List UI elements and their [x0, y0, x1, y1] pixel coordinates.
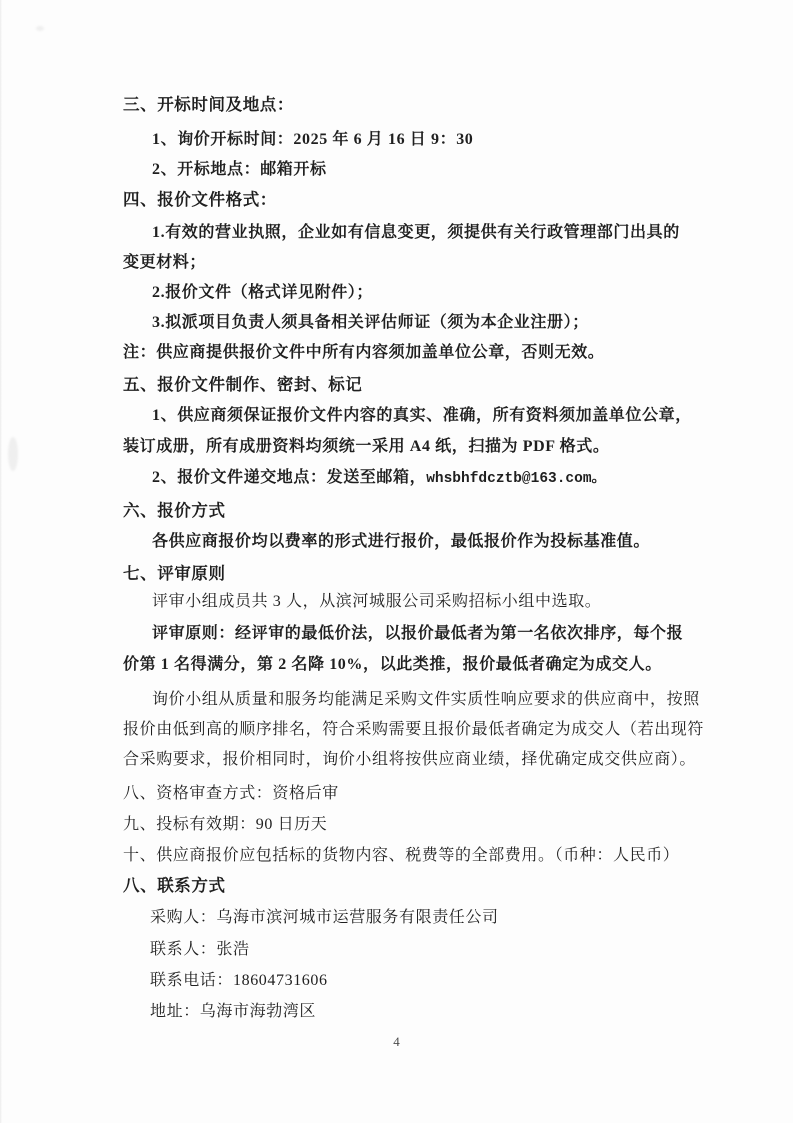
doc-line: 评审小组成员共 3 人，从滨河城服公司采购招标小组中选取。 — [152, 592, 601, 612]
contact-line: 联系人：张浩 — [150, 940, 250, 960]
section-heading: 三、开标时间及地点： — [123, 95, 294, 115]
contact-line: 地址：乌海市海勃湾区 — [150, 1002, 316, 1022]
doc-line: 2.报价文件（格式详见附件）； — [152, 283, 373, 303]
doc-line: 1、询价开标时间：2025 年 6 月 16 日 9：30 — [152, 130, 473, 150]
contact-line: 联系电话：18604731606 — [150, 971, 328, 991]
page-number: 4 — [0, 1034, 793, 1050]
section-heading: 五、报价文件制作、密封、标记 — [123, 375, 362, 395]
doc-line: 价第 1 名得满分，第 2 名降 10%，以此类推，报价最低者确定为成交人。 — [123, 655, 662, 675]
doc-line: 3.拟派项目负责人须具备相关评估师证（须为本企业注册）； — [152, 313, 589, 333]
scan-smudge — [36, 26, 44, 31]
doc-line-text: 2、报价文件递交地点：发送至邮箱， — [152, 469, 426, 486]
section-heading: 七、评审原则 — [123, 564, 226, 584]
section-heading: 四、报价文件格式： — [123, 190, 277, 210]
doc-line: 各供应商报价均以费率的形式进行报价，最低报价作为投标基准值。 — [152, 532, 650, 552]
scan-edge-shadow — [0, 0, 2, 1123]
section-heading: 九、投标有效期：90 日历天 — [123, 815, 327, 835]
section-heading: 八、联系方式 — [123, 876, 226, 896]
contact-line: 采购人：乌海市滨河城市运营服务有限责任公司 — [150, 908, 499, 928]
section-heading: 八、资格审查方式：资格后审 — [123, 784, 339, 804]
scan-smudge — [8, 437, 18, 471]
document-page: 三、开标时间及地点： 1、询价开标时间：2025 年 6 月 16 日 9：30… — [0, 0, 793, 1123]
doc-line: 评审原则：经评审的最低价法，以报价最低者为第一名依次排序，每个报 — [152, 624, 683, 644]
doc-line: 1.有效的营业执照，企业如有信息变更，须提供有关行政管理部门出具的 — [152, 223, 680, 243]
doc-line: 询价小组从质量和服务均能满足采购文件实质性响应要求的供应商中，按照 — [152, 690, 700, 710]
section-heading: 六、报价方式 — [123, 501, 226, 521]
section-heading: 十、供应商报价应包括标的货物内容、税费等的全部费用。（币种：人民币） — [123, 846, 679, 866]
submission-email: whsbhfdcztb@163.com。 — [426, 471, 606, 487]
doc-line: 合采购要求，报价相同时，询价小组将按供应商业绩，择优确定成交供应商）。 — [123, 750, 696, 770]
doc-line: 1、供应商须保证报价文件内容的真实、准确，所有资料须加盖单位公章， — [152, 406, 692, 426]
doc-line: 2、报价文件递交地点：发送至邮箱，whsbhfdcztb@163.com。 — [152, 468, 606, 489]
doc-line: 2、开标地点：邮箱开标 — [152, 160, 327, 180]
doc-line: 报价由低到高的顺序排名，符合采购需要且报价最低者确定为成交人（若出现符 — [123, 720, 704, 740]
doc-line: 变更材料； — [123, 253, 206, 273]
note-line: 注：供应商提供报价文件中所有内容须加盖单位公章，否则无效。 — [123, 343, 604, 363]
doc-line: 装订成册，所有成册资料均须统一采用 A4 纸，扫描为 PDF 格式。 — [123, 437, 609, 457]
